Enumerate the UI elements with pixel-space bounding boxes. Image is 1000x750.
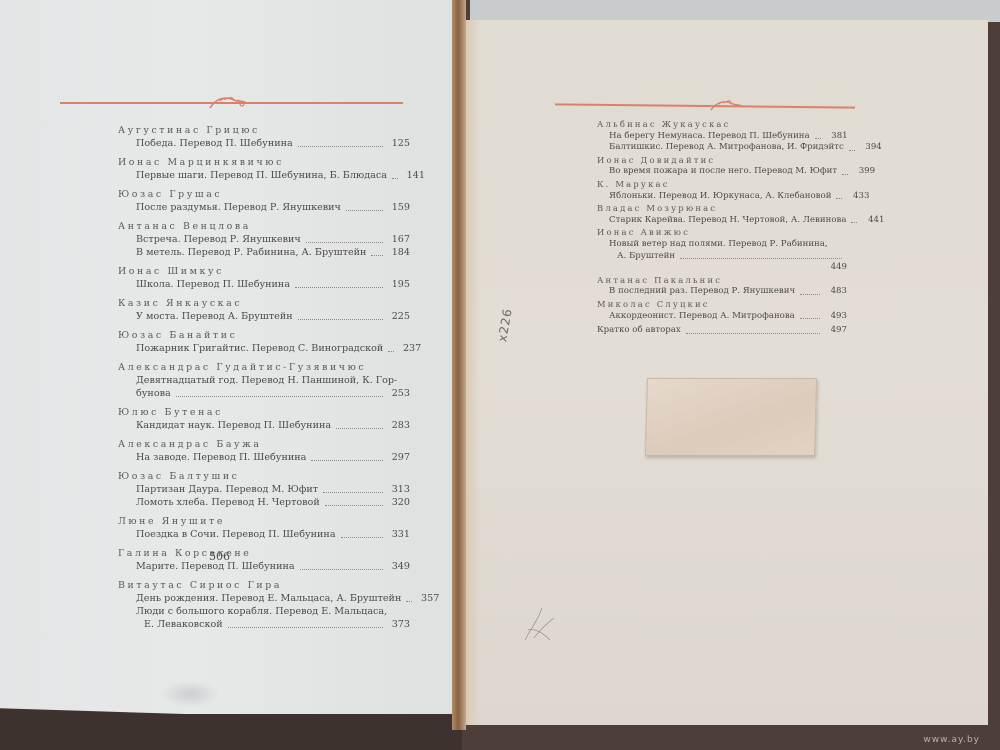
work-title: Кандидат наук. Перевод П. Шебунина (136, 419, 331, 432)
work-title: Яблоньки. Перевод И. Юркунаса, А. Клебан… (609, 191, 831, 203)
page-ref: 497 (825, 325, 847, 337)
page-ref: 125 (388, 137, 410, 150)
toc-group: Антанас Пакальнис В последний раз. Перев… (597, 275, 847, 298)
toc-entry: Партизан Даура. Перевод М. Юфит313 (118, 483, 410, 496)
toc-group: Люне Янушите Поездка в Сочи. Перевод П. … (118, 515, 410, 541)
work-title: Поездка в Сочи. Перевод П. Шебунина (136, 528, 336, 541)
toc-entry: Во время пожара и после него. Перевод М.… (597, 166, 847, 178)
page-ref: 433 (847, 191, 869, 203)
toc-entry: Яблоньки. Перевод И. Юркунаса, А. Клебан… (597, 191, 847, 203)
page-ref: 225 (388, 310, 410, 323)
toc-group: К. Марукас Яблоньки. Перевод И. Юркунаса… (597, 179, 847, 202)
toc-entry: Школа. Перевод П. Шебунина195 (118, 278, 410, 291)
background-wall (470, 0, 1000, 22)
author-name: Витаутас Сириос Гира (118, 579, 410, 592)
page-ref: 493 (825, 311, 847, 323)
page-ref: 313 (388, 483, 410, 496)
work-title: Во время пожара и после него. Перевод М.… (609, 166, 837, 178)
page-ref: 357 (417, 592, 439, 605)
work-title-continued: бунова (136, 387, 171, 400)
right-header-ornament (555, 95, 855, 114)
author-name: Казис Янкаускас (118, 297, 410, 310)
page-ref: 297 (388, 451, 410, 464)
author-name: Галина Корсакене (118, 547, 410, 560)
work-title: Девятнадцатый год. Перевод Н. Паншиной, … (136, 374, 410, 387)
toc-entry: На берегу Немунаса. Перевод П. Шебунина3… (597, 131, 847, 143)
toc-entry: На заводе. Перевод П. Шебунина297 (118, 451, 410, 464)
author-name: Юозас Грушас (118, 188, 410, 201)
author-name: Люне Янушите (118, 515, 410, 528)
leader-dots (311, 460, 383, 461)
leader-dots (341, 537, 383, 538)
toc-entry: Победа. Перевод П. Шебунина125 (118, 137, 410, 150)
toc-group: Александрас Гудайтис-Гузявичюс Девятнадц… (118, 361, 410, 400)
leader-dots (323, 492, 383, 493)
toc-entry: Девятнадцатый год. Перевод Н. Паншиной, … (118, 374, 410, 400)
work-title: Встреча. Перевод Р. Янушкевич (136, 233, 301, 246)
toc-group: Юозас Балтушис Партизан Даура. Перевод М… (118, 470, 410, 509)
page-ref: 195 (388, 278, 410, 291)
author-name: Миколас Слуцкис (597, 299, 847, 311)
toc-group: Миколас Слуцкис Аккордеонист. Перевод А.… (597, 299, 847, 322)
author-name: К. Марукас (597, 179, 847, 191)
pencil-scribble-icon (520, 600, 560, 645)
work-title: Балтишкис. Перевод А. Митрофанова, И. Фр… (609, 142, 844, 154)
toc-entry: В метель. Перевод Р. Рабинина, А. Бруште… (118, 246, 410, 259)
page-ref: 381 (826, 131, 848, 143)
work-title: В последний раз. Перевод Р. Янушкевич (609, 286, 795, 298)
page-number: 506 (209, 550, 230, 563)
page-ref: 167 (388, 233, 410, 246)
toc-entry: Аккордеонист. Перевод А. Митрофанова493 (597, 311, 847, 323)
leader-dots (346, 210, 383, 211)
page-ref: 441 (862, 215, 884, 227)
leader-dots (295, 287, 383, 288)
toc-entry: Люди с большого корабля. Перевод Е. Маль… (118, 605, 410, 631)
page-ref: 483 (825, 286, 847, 298)
leader-dots (298, 319, 383, 320)
toc-group: Альбинас Жукаускас На берегу Немунаса. П… (597, 119, 847, 154)
work-title: Аккордеонист. Перевод А. Митрофанова (609, 311, 795, 323)
leader-dots (815, 138, 821, 139)
work-title: На заводе. Перевод П. Шебунина (136, 451, 306, 464)
toc-group: Ионас Шимкус Школа. Перевод П. Шебунина1… (118, 265, 410, 291)
work-title: Первые шаги. Перевод П. Шебунина, Б. Блю… (136, 169, 387, 182)
author-name: Аугустинас Грицюс (118, 124, 410, 137)
leader-dots (228, 627, 383, 628)
page-ref: 349 (388, 560, 410, 573)
work-title: Старик Карейва. Перевод Н. Чертовой, А. … (609, 215, 846, 227)
work-title: После раздумья. Перевод Р. Янушкевич (136, 201, 341, 214)
leader-dots (371, 255, 383, 256)
author-name: Юлюс Бутенас (118, 406, 410, 419)
work-title-continued: А. Бруштейн (609, 251, 675, 263)
page-ref: 399 (853, 166, 875, 178)
page-ref: 283 (388, 419, 410, 432)
page-ref: 394 (860, 142, 882, 154)
leader-dots (388, 351, 394, 352)
toc-entry: Первые шаги. Перевод П. Шебунина, Б. Блю… (118, 169, 410, 182)
work-title: Ломоть хлеба. Перевод Н. Чертовой (136, 496, 320, 509)
table-of-contents-left: Аугустинас Грицюс Победа. Перевод П. Шеб… (118, 120, 410, 631)
author-name: Ионас Авижюс (597, 227, 847, 239)
toc-group: Антанас Венцлова Встреча. Перевод Р. Яну… (118, 220, 410, 259)
page-ref: 373 (388, 618, 410, 631)
toc-entry: Старик Карейва. Перевод Н. Чертовой, А. … (597, 215, 847, 227)
toc-group: Витаутас Сириос Гира День рождения. Пере… (118, 579, 410, 631)
work-title: Победа. Перевод П. Шебунина (136, 137, 293, 150)
author-name: Александрас Баужа (118, 438, 410, 451)
toc-entry: День рождения. Перевод Е. Мальцаса, А. Б… (118, 592, 410, 605)
leader-dots (680, 258, 842, 259)
toc-group: Александрас Баужа На заводе. Перевод П. … (118, 438, 410, 464)
laurel-ornament-icon (206, 94, 254, 110)
laurel-ornament-icon (707, 97, 747, 113)
author-name: Ионас Шимкус (118, 265, 410, 278)
page-ref: 159 (388, 201, 410, 214)
work-title: Школа. Перевод П. Шебунина (136, 278, 290, 291)
toc-group: Галина Корсакене Марите. Перевод П. Шебу… (118, 547, 410, 573)
page-ref: 331 (388, 528, 410, 541)
work-title: Кратко об авторах (597, 325, 681, 337)
page-ref: 141 (403, 169, 425, 182)
toc-group: Ионас Марцинкявичюс Первые шаги. Перевод… (118, 156, 410, 182)
leader-dots (336, 428, 383, 429)
watermark: www.ay.by (923, 735, 980, 745)
author-name: Юозас Балтушис (118, 470, 410, 483)
page-ref: 184 (388, 246, 410, 259)
author-name: Александрас Гудайтис-Гузявичюс (118, 361, 410, 374)
work-title: Партизан Даура. Перевод М. Юфит (136, 483, 318, 496)
left-header-ornament (60, 94, 403, 110)
page-ref: 320 (388, 496, 410, 509)
work-title-continued: Е. Левaковской (136, 618, 223, 631)
page-ref: 449 (609, 262, 847, 274)
toc-entry: Кандидат наук. Перевод П. Шебунина283 (118, 419, 410, 432)
toc-entry-about-authors: Кратко об авторах 497 (597, 325, 847, 337)
toc-group: Владас Мозурюнас Старик Карейва. Перевод… (597, 203, 847, 226)
leader-dots (849, 150, 855, 151)
table-of-contents-right: Альбинас Жукаускас На берегу Немунаса. П… (597, 118, 847, 337)
leader-dots (800, 294, 820, 295)
author-name: Ионас Довидайтис (597, 155, 847, 167)
page-ref: 253 (388, 387, 410, 400)
toc-entry: Марите. Перевод П. Шебунина349 (118, 560, 410, 573)
pasted-paper-label (645, 378, 817, 456)
toc-entry: Балтишкис. Перевод А. Митрофанова, И. Фр… (597, 142, 847, 154)
work-title: День рождения. Перевод Е. Мальцаса, А. Б… (136, 592, 401, 605)
leader-dots (406, 601, 412, 602)
toc-group: Ионас Авижюс Новый ветер над полями. Пер… (597, 227, 847, 273)
toc-entry: У моста. Перевод А. Бруштейн225 (118, 310, 410, 323)
toc-group: Юозас Грушас После раздумья. Перевод Р. … (118, 188, 410, 214)
leader-dots (686, 333, 820, 334)
toc-entry: Пожарник Григайтис. Перевод С. Виноградс… (118, 342, 410, 355)
leader-dots (851, 222, 857, 223)
work-title: Новый ветер над полями. Перевод Р. Рабин… (609, 239, 847, 251)
author-name: Юозас Банайтис (118, 329, 410, 342)
leader-dots (298, 146, 383, 147)
author-name: Владас Мозурюнас (597, 203, 847, 215)
book-gutter (452, 0, 466, 730)
author-name: Антанас Пакальнис (597, 275, 847, 287)
page-ref: 237 (399, 342, 421, 355)
toc-entry: Поездка в Сочи. Перевод П. Шебунина331 (118, 528, 410, 541)
leader-dots (392, 178, 398, 179)
leader-dots (300, 569, 383, 570)
work-title: У моста. Перевод А. Бруштейн (136, 310, 293, 323)
leader-dots (836, 198, 842, 199)
toc-group: Юозас Банайтис Пожарник Григайтис. Перев… (118, 329, 410, 355)
toc-entry: Ломоть хлеба. Перевод Н. Чертовой320 (118, 496, 410, 509)
author-name: Альбинас Жукаускас (597, 119, 847, 131)
leader-dots (325, 505, 383, 506)
toc-group: Ионас Довидайтис Во время пожара и после… (597, 155, 847, 178)
toc-group: Казис Янкаускас У моста. Перевод А. Бруш… (118, 297, 410, 323)
toc-entry: Новый ветер над полями. Перевод Р. Рабин… (597, 239, 847, 274)
toc-entry: В последний раз. Перевод Р. Янушкевич483 (597, 286, 847, 298)
work-title: Пожарник Григайтис. Перевод С. Виноградс… (136, 342, 383, 355)
work-title: На берегу Немунаса. Перевод П. Шебунина (609, 131, 810, 143)
toc-entry: Встреча. Перевод Р. Янушкевич167 (118, 233, 410, 246)
work-title: Люди с большого корабля. Перевод Е. Маль… (136, 605, 410, 618)
leader-dots (842, 174, 848, 175)
toc-group: Юлюс Бутенас Кандидат наук. Перевод П. Ш… (118, 406, 410, 432)
toc-entry: После раздумья. Перевод Р. Янушкевич159 (118, 201, 410, 214)
author-name: Ионас Марцинкявичюс (118, 156, 410, 169)
leader-dots (176, 396, 383, 397)
leader-dots (800, 318, 820, 319)
work-title: В метель. Перевод Р. Рабинина, А. Бруште… (136, 246, 366, 259)
toc-group: Аугустинас Грицюс Победа. Перевод П. Шеб… (118, 124, 410, 150)
author-name: Антанас Венцлова (118, 220, 410, 233)
leader-dots (306, 242, 383, 243)
